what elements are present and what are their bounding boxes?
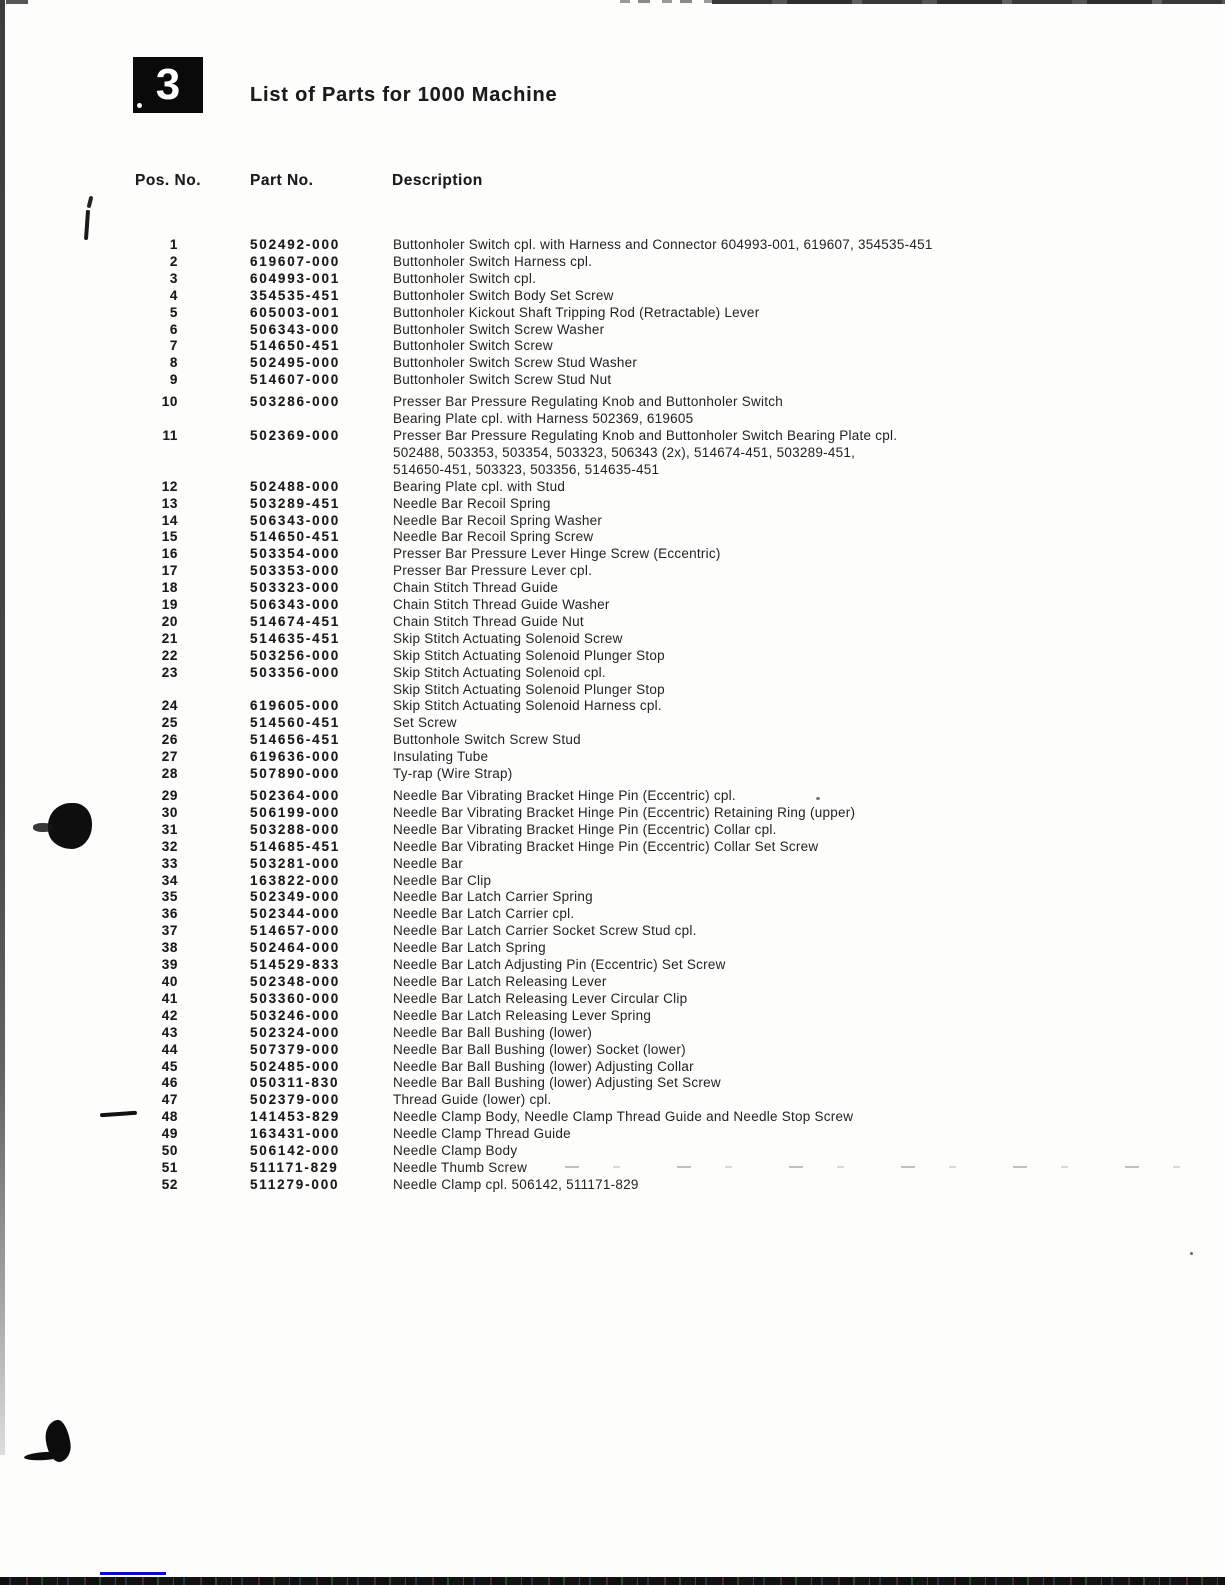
desc-cell: Buttonholer Switch Harness cpl.: [393, 254, 1225, 271]
pos-cell: 22: [120, 648, 178, 665]
part-cell: 502344-000: [250, 906, 340, 923]
desc-cell: Needle Bar Latch Adjusting Pin (Eccentri…: [393, 957, 1225, 974]
table-row: 39514529-833Needle Bar Latch Adjusting P…: [0, 957, 1225, 974]
part-cell: 502364-000: [250, 788, 340, 805]
table-row: 31503288-000Needle Bar Vibrating Bracket…: [0, 822, 1225, 839]
table-row: 42503246-000Needle Bar Latch Releasing L…: [0, 1008, 1225, 1025]
table-row: 43502324-000Needle Bar Ball Bushing (low…: [0, 1025, 1225, 1042]
scan-dot-artifact-right: [1190, 1252, 1193, 1255]
pos-cell: 15: [120, 529, 178, 546]
table-row: 40502348-000Needle Bar Latch Releasing L…: [0, 974, 1225, 991]
table-row: 13503289-451Needle Bar Recoil Spring: [0, 496, 1225, 513]
desc-line: Needle Bar Latch Adjusting Pin (Eccentri…: [393, 957, 1225, 974]
part-cell: 503246-000: [250, 1008, 340, 1025]
section-number: 3: [156, 60, 180, 110]
pos-cell: 51: [120, 1160, 178, 1177]
pos-cell: 38: [120, 940, 178, 957]
part-cell: 605003-001: [250, 305, 340, 322]
desc-line: Needle Bar Ball Bushing (lower) Adjustin…: [393, 1059, 1225, 1076]
pos-cell: 12: [120, 479, 178, 496]
desc-cell: Skip Stitch Actuating Solenoid Harness c…: [393, 698, 1225, 715]
column-header-pos: Pos. No.: [135, 172, 201, 190]
pos-cell: 21: [120, 631, 178, 648]
ink-tick-mark: [84, 210, 90, 240]
table-row: 14506343-000Needle Bar Recoil Spring Was…: [0, 513, 1225, 530]
part-cell: 503360-000: [250, 991, 340, 1008]
part-cell: 502349-000: [250, 889, 340, 906]
desc-line: Needle Bar Recoil Spring Washer: [393, 513, 1225, 530]
pos-cell: 25: [120, 715, 178, 732]
table-row: 21514635-451Skip Stitch Actuating Soleno…: [0, 631, 1225, 648]
desc-cell: Presser Bar Pressure Lever cpl.: [393, 563, 1225, 580]
desc-line: 502488, 503353, 503354, 503323, 506343 (…: [393, 445, 1225, 462]
table-row: 37514657-000Needle Bar Latch Carrier Soc…: [0, 923, 1225, 940]
desc-cell: Needle Bar Latch Spring: [393, 940, 1225, 957]
table-row: 7514650-451Buttonholer Switch Screw: [0, 338, 1225, 355]
blue-underline: [100, 1572, 166, 1575]
desc-cell: Needle Bar Latch Releasing Lever Spring: [393, 1008, 1225, 1025]
table-row: 16503354-000Presser Bar Pressure Lever H…: [0, 546, 1225, 563]
desc-cell: Needle Bar Latch Carrier cpl.: [393, 906, 1225, 923]
pos-cell: 39: [120, 957, 178, 974]
pos-cell: 35: [120, 889, 178, 906]
desc-cell: Buttonholer Switch cpl.: [393, 271, 1225, 288]
desc-line: Needle Bar Recoil Spring: [393, 496, 1225, 513]
table-row: 25514560-451Set Screw: [0, 715, 1225, 732]
desc-cell: Presser Bar Pressure Lever Hinge Screw (…: [393, 546, 1225, 563]
pos-cell: 41: [120, 991, 178, 1008]
desc-line: Skip Stitch Actuating Solenoid Plunger S…: [393, 648, 1225, 665]
desc-line: Needle Bar Latch Carrier Socket Screw St…: [393, 923, 1225, 940]
table-row: 15514650-451Needle Bar Recoil Spring Scr…: [0, 529, 1225, 546]
table-row: 26514656-451Buttonhole Switch Screw Stud: [0, 732, 1225, 749]
table-row: 18503323-000Chain Stitch Thread Guide: [0, 580, 1225, 597]
pos-cell: 5: [120, 305, 178, 322]
table-row: 23503356-000Skip Stitch Actuating Soleno…: [0, 665, 1225, 699]
desc-line: Presser Bar Pressure Lever cpl.: [393, 563, 1225, 580]
desc-cell: Buttonholer Switch Screw Washer: [393, 322, 1225, 339]
part-cell: 354535-451: [250, 288, 340, 305]
part-cell: 511171-829: [250, 1160, 339, 1177]
desc-line: Needle Bar Ball Bushing (lower): [393, 1025, 1225, 1042]
table-row: 12502488-000Bearing Plate cpl. with Stud: [0, 479, 1225, 496]
desc-line: Thread Guide (lower) cpl.: [393, 1092, 1225, 1109]
desc-cell: Insulating Tube: [393, 749, 1225, 766]
pos-cell: 14: [120, 513, 178, 530]
pos-cell: 37: [120, 923, 178, 940]
pos-cell: 31: [120, 822, 178, 839]
pos-cell: 24: [120, 698, 178, 715]
pos-cell: 33: [120, 856, 178, 873]
ink-comma-mark: [87, 196, 94, 209]
table-row: 51511171-829Needle Thumb Screw: [0, 1160, 1225, 1177]
desc-line: Presser Bar Pressure Regulating Knob and…: [393, 394, 1225, 411]
document-page: 3 List of Parts for 1000 Machine Pos. No…: [0, 0, 1225, 1585]
desc-cell: Needle Clamp Thread Guide: [393, 1126, 1225, 1143]
desc-cell: Needle Bar Ball Bushing (lower): [393, 1025, 1225, 1042]
table-row: 9514607-000Buttonholer Switch Screw Stud…: [0, 372, 1225, 389]
part-cell: 619607-000: [250, 254, 340, 271]
table-row: 1502492-000Buttonholer Switch cpl. with …: [0, 237, 1225, 254]
desc-cell: Needle Clamp Body, Needle Clamp Thread G…: [393, 1109, 1225, 1126]
pos-cell: 36: [120, 906, 178, 923]
part-cell: 514674-451: [250, 614, 340, 631]
desc-cell: Needle Bar Ball Bushing (lower) Socket (…: [393, 1042, 1225, 1059]
table-row: 17503353-000Presser Bar Pressure Lever c…: [0, 563, 1225, 580]
desc-cell: Skip Stitch Actuating Solenoid cpl.Skip …: [393, 665, 1225, 699]
desc-line: Chain Stitch Thread Guide Nut: [393, 614, 1225, 631]
scan-dash-artifacts: [565, 1166, 1220, 1168]
table-row: 52511279-000Needle Clamp cpl. 506142, 51…: [0, 1177, 1225, 1194]
pos-cell: 29: [120, 788, 178, 805]
table-row: 6506343-000Buttonholer Switch Screw Wash…: [0, 322, 1225, 339]
desc-line: Needle Bar Vibrating Bracket Hinge Pin (…: [393, 805, 1225, 822]
part-cell: 503354-000: [250, 546, 340, 563]
part-cell: 619605-000: [250, 698, 340, 715]
desc-line: Needle Bar Latch Spring: [393, 940, 1225, 957]
desc-line: Needle Bar Latch Releasing Lever: [393, 974, 1225, 991]
pos-cell: 26: [120, 732, 178, 749]
part-cell: 506199-000: [250, 805, 340, 822]
scan-top-strip: [712, 0, 1225, 4]
table-row: 5605003-001Buttonholer Kickout Shaft Tri…: [0, 305, 1225, 322]
desc-cell: Chain Stitch Thread Guide Washer: [393, 597, 1225, 614]
part-cell: 511279-000: [250, 1177, 339, 1194]
ink-blob-upper-streak: [33, 823, 53, 832]
pos-cell: 17: [120, 563, 178, 580]
table-row: 44507379-000Needle Bar Ball Bushing (low…: [0, 1042, 1225, 1059]
table-row: 2619607-000Buttonholer Switch Harness cp…: [0, 254, 1225, 271]
desc-cell: Buttonholer Switch Screw Stud Nut: [393, 372, 1225, 389]
desc-cell: Buttonholer Switch Body Set Screw: [393, 288, 1225, 305]
desc-line: Skip Stitch Actuating Solenoid Plunger S…: [393, 682, 1225, 699]
pos-cell: 32: [120, 839, 178, 856]
pos-cell: 19: [120, 597, 178, 614]
pos-cell: 2: [120, 254, 178, 271]
pos-cell: 30: [120, 805, 178, 822]
pos-cell: 46: [120, 1075, 178, 1092]
scan-top-left-mark: [6, 0, 28, 4]
desc-line: Buttonholer Kickout Shaft Tripping Rod (…: [393, 305, 1225, 322]
part-cell: 604993-001: [250, 271, 340, 288]
pos-cell: 44: [120, 1042, 178, 1059]
pos-cell: 47: [120, 1092, 178, 1109]
desc-cell: Needle Bar Latch Carrier Socket Screw St…: [393, 923, 1225, 940]
column-header-desc: Description: [392, 172, 483, 190]
desc-cell: Needle Thumb Screw: [393, 1160, 1225, 1177]
pos-cell: 50: [120, 1143, 178, 1160]
desc-line: Buttonholer Switch cpl.: [393, 271, 1225, 288]
column-header-part: Part No.: [250, 172, 313, 190]
pos-cell: 27: [120, 749, 178, 766]
pos-cell: 4: [120, 288, 178, 305]
part-cell: 506343-000: [250, 597, 340, 614]
table-row: 46050311-830Needle Bar Ball Bushing (low…: [0, 1075, 1225, 1092]
desc-line: Bearing Plate cpl. with Stud: [393, 479, 1225, 496]
section-number-box: 3: [133, 57, 203, 113]
desc-cell: Needle Bar Vibrating Bracket Hinge Pin (…: [393, 788, 1225, 805]
desc-cell: Set Screw: [393, 715, 1225, 732]
table-row: 10503286-000Presser Bar Pressure Regulat…: [0, 394, 1225, 428]
desc-line: Buttonholer Switch Screw Washer: [393, 322, 1225, 339]
desc-line: 514650-451, 503323, 503356, 514635-451: [393, 462, 1225, 479]
pos-cell: 9: [120, 372, 178, 389]
part-cell: 514635-451: [250, 631, 340, 648]
pos-cell: 18: [120, 580, 178, 597]
scan-edge-bar: [0, 0, 5, 1455]
table-row: 27619636-000Insulating Tube: [0, 749, 1225, 766]
pos-cell: 43: [120, 1025, 178, 1042]
table-row: 45502485-000Needle Bar Ball Bushing (low…: [0, 1059, 1225, 1076]
part-cell: 514560-451: [250, 715, 340, 732]
desc-cell: Ty-rap (Wire Strap): [393, 766, 1225, 783]
desc-cell: Needle Bar Recoil Spring Screw: [393, 529, 1225, 546]
desc-cell: Buttonholer Switch cpl. with Harness and…: [393, 237, 1225, 254]
table-row: 4354535-451Buttonholer Switch Body Set S…: [0, 288, 1225, 305]
page-title: List of Parts for 1000 Machine: [250, 84, 557, 107]
desc-line: Needle Bar Vibrating Bracket Hinge Pin (…: [393, 822, 1225, 839]
pos-cell: 3: [120, 271, 178, 288]
section-box-notch: [137, 103, 142, 108]
desc-cell: Presser Bar Pressure Regulating Knob and…: [393, 428, 1225, 479]
pos-cell: 16: [120, 546, 178, 563]
part-cell: 507379-000: [250, 1042, 340, 1059]
desc-cell: Needle Bar Ball Bushing (lower) Adjustin…: [393, 1059, 1225, 1076]
part-cell: 503288-000: [250, 822, 340, 839]
desc-cell: Buttonhole Switch Screw Stud: [393, 732, 1225, 749]
desc-cell: Needle Bar Latch Releasing Lever: [393, 974, 1225, 991]
desc-cell: Needle Bar Clip: [393, 873, 1225, 890]
desc-line: Needle Bar Latch Carrier Spring: [393, 889, 1225, 906]
desc-line: Needle Thumb Screw: [393, 1160, 1225, 1177]
desc-cell: Needle Bar Latch Releasing Lever Circula…: [393, 991, 1225, 1008]
part-cell: 050311-830: [250, 1075, 339, 1092]
pos-cell: 7: [120, 338, 178, 355]
part-cell: 507890-000: [250, 766, 340, 783]
pos-cell: 20: [120, 614, 178, 631]
desc-cell: Buttonholer Kickout Shaft Tripping Rod (…: [393, 305, 1225, 322]
pos-cell: 11: [120, 428, 178, 445]
table-row: 20514674-451Chain Stitch Thread Guide Nu…: [0, 614, 1225, 631]
desc-cell: Needle Bar Vibrating Bracket Hinge Pin (…: [393, 822, 1225, 839]
desc-line: Buttonhole Switch Screw Stud: [393, 732, 1225, 749]
desc-cell: Needle Bar: [393, 856, 1225, 873]
table-row: 50506142-000Needle Clamp Body: [0, 1143, 1225, 1160]
desc-cell: Needle Bar Vibrating Bracket Hinge Pin (…: [393, 805, 1225, 822]
table-row: 38502464-000Needle Bar Latch Spring: [0, 940, 1225, 957]
desc-line: Chain Stitch Thread Guide Washer: [393, 597, 1225, 614]
part-cell: 514685-451: [250, 839, 340, 856]
scan-bottom-noise-strip: [0, 1577, 1225, 1585]
part-cell: 163822-000: [250, 873, 340, 890]
table-row: 49163431-000Needle Clamp Thread Guide: [0, 1126, 1225, 1143]
desc-line: Insulating Tube: [393, 749, 1225, 766]
desc-line: Needle Clamp Body, Needle Clamp Thread G…: [393, 1109, 1225, 1126]
scan-dot-artifact: [816, 797, 820, 800]
table-row: 8502495-000Buttonholer Switch Screw Stud…: [0, 355, 1225, 372]
desc-line: Buttonholer Switch cpl. with Harness and…: [393, 237, 1225, 254]
desc-line: Buttonholer Switch Screw Stud Washer: [393, 355, 1225, 372]
part-cell: 502348-000: [250, 974, 340, 991]
table-row: 19506343-000Chain Stitch Thread Guide Wa…: [0, 597, 1225, 614]
desc-line: Needle Bar Recoil Spring Screw: [393, 529, 1225, 546]
desc-line: Skip Stitch Actuating Solenoid Screw: [393, 631, 1225, 648]
desc-line: Needle Bar Latch Releasing Lever Circula…: [393, 991, 1225, 1008]
desc-cell: Bearing Plate cpl. with Stud: [393, 479, 1225, 496]
part-cell: 502324-000: [250, 1025, 340, 1042]
desc-line: Skip Stitch Actuating Solenoid cpl.: [393, 665, 1225, 682]
desc-line: Bearing Plate cpl. with Harness 502369, …: [393, 411, 1225, 428]
parts-table-rows: 1502492-000Buttonholer Switch cpl. with …: [0, 237, 1225, 1194]
desc-cell: Needle Bar Recoil Spring: [393, 496, 1225, 513]
desc-cell: Buttonholer Switch Screw Stud Washer: [393, 355, 1225, 372]
part-cell: 502485-000: [250, 1059, 340, 1076]
pos-cell: 45: [120, 1059, 178, 1076]
part-cell: 503289-451: [250, 496, 340, 513]
desc-cell: Needle Bar Ball Bushing (lower) Adjustin…: [393, 1075, 1225, 1092]
part-cell: 503356-000: [250, 665, 340, 682]
table-row: 36502344-000Needle Bar Latch Carrier cpl…: [0, 906, 1225, 923]
part-cell: 163431-000: [250, 1126, 340, 1143]
desc-line: Skip Stitch Actuating Solenoid Harness c…: [393, 698, 1225, 715]
pos-cell: 23: [120, 665, 178, 682]
table-row: 11502369-000Presser Bar Pressure Regulat…: [0, 428, 1225, 479]
part-cell: 502369-000: [250, 428, 340, 445]
desc-line: Needle Bar Vibrating Bracket Hinge Pin (…: [393, 788, 1225, 805]
table-row: 47502379-000Thread Guide (lower) cpl.: [0, 1092, 1225, 1109]
desc-line: Needle Bar: [393, 856, 1225, 873]
desc-cell: Skip Stitch Actuating Solenoid Screw: [393, 631, 1225, 648]
pos-cell: 10: [120, 394, 178, 411]
desc-line: Needle Clamp cpl. 506142, 511171-829: [393, 1177, 1225, 1194]
part-cell: 514650-451: [250, 338, 340, 355]
table-row: 48141453-829Needle Clamp Body, Needle Cl…: [0, 1109, 1225, 1126]
part-cell: 514529-833: [250, 957, 340, 974]
desc-cell: Needle Bar Recoil Spring Washer: [393, 513, 1225, 530]
pos-cell: 1: [120, 237, 178, 254]
desc-cell: Needle Bar Latch Carrier Spring: [393, 889, 1225, 906]
desc-line: Chain Stitch Thread Guide: [393, 580, 1225, 597]
part-cell: 502379-000: [250, 1092, 340, 1109]
desc-line: Presser Bar Pressure Regulating Knob and…: [393, 428, 1225, 445]
pos-cell: 40: [120, 974, 178, 991]
desc-line: Buttonholer Switch Screw Stud Nut: [393, 372, 1225, 389]
scan-top-strip-faint: [620, 0, 720, 3]
part-cell: 141453-829: [250, 1109, 340, 1126]
table-row: 29502364-000Needle Bar Vibrating Bracket…: [0, 788, 1225, 805]
desc-line: Set Screw: [393, 715, 1225, 732]
pos-cell: 52: [120, 1177, 178, 1194]
desc-line: Needle Clamp Thread Guide: [393, 1126, 1225, 1143]
part-cell: 502488-000: [250, 479, 340, 496]
desc-line: Buttonholer Switch Harness cpl.: [393, 254, 1225, 271]
pos-cell: 28: [120, 766, 178, 783]
part-cell: 502492-000: [250, 237, 340, 254]
table-row: 32514685-451Needle Bar Vibrating Bracket…: [0, 839, 1225, 856]
part-cell: 514656-451: [250, 732, 340, 749]
desc-line: Buttonholer Switch Screw: [393, 338, 1225, 355]
desc-line: Needle Bar Clip: [393, 873, 1225, 890]
table-row: 30506199-000Needle Bar Vibrating Bracket…: [0, 805, 1225, 822]
desc-cell: Presser Bar Pressure Regulating Knob and…: [393, 394, 1225, 428]
table-row: 34163822-000Needle Bar Clip: [0, 873, 1225, 890]
desc-line: Presser Bar Pressure Lever Hinge Screw (…: [393, 546, 1225, 563]
pos-cell: 6: [120, 322, 178, 339]
part-cell: 514607-000: [250, 372, 340, 389]
desc-line: Needle Bar Latch Carrier cpl.: [393, 906, 1225, 923]
ink-blob-upper: [48, 803, 92, 849]
desc-line: Ty-rap (Wire Strap): [393, 766, 1225, 783]
part-cell: 502495-000: [250, 355, 340, 372]
desc-line: Needle Clamp Body: [393, 1143, 1225, 1160]
desc-line: Needle Bar Ball Bushing (lower) Socket (…: [393, 1042, 1225, 1059]
desc-cell: Needle Clamp cpl. 506142, 511171-829: [393, 1177, 1225, 1194]
part-cell: 503281-000: [250, 856, 340, 873]
part-cell: 506142-000: [250, 1143, 340, 1160]
part-cell: 503353-000: [250, 563, 340, 580]
desc-cell: Thread Guide (lower) cpl.: [393, 1092, 1225, 1109]
part-cell: 514657-000: [250, 923, 340, 940]
pos-cell: 42: [120, 1008, 178, 1025]
desc-cell: Needle Clamp Body: [393, 1143, 1225, 1160]
part-cell: 503286-000: [250, 394, 340, 411]
pos-cell: 49: [120, 1126, 178, 1143]
desc-cell: Chain Stitch Thread Guide: [393, 580, 1225, 597]
desc-line: Needle Bar Vibrating Bracket Hinge Pin (…: [393, 839, 1225, 856]
table-row: 41503360-000Needle Bar Latch Releasing L…: [0, 991, 1225, 1008]
part-cell: 506343-000: [250, 322, 340, 339]
desc-cell: Buttonholer Switch Screw: [393, 338, 1225, 355]
part-cell: 503323-000: [250, 580, 340, 597]
part-cell: 503256-000: [250, 648, 340, 665]
part-cell: 506343-000: [250, 513, 340, 530]
part-cell: 619636-000: [250, 749, 340, 766]
table-row: 22503256-000Skip Stitch Actuating Soleno…: [0, 648, 1225, 665]
desc-cell: Skip Stitch Actuating Solenoid Plunger S…: [393, 648, 1225, 665]
pos-cell: 34: [120, 873, 178, 890]
pos-cell: 13: [120, 496, 178, 513]
desc-line: Needle Bar Latch Releasing Lever Spring: [393, 1008, 1225, 1025]
part-cell: 514650-451: [250, 529, 340, 546]
table-row: 28507890-000Ty-rap (Wire Strap): [0, 766, 1225, 783]
desc-line: Buttonholer Switch Body Set Screw: [393, 288, 1225, 305]
part-cell: 502464-000: [250, 940, 340, 957]
desc-cell: Needle Bar Vibrating Bracket Hinge Pin (…: [393, 839, 1225, 856]
desc-line: Needle Bar Ball Bushing (lower) Adjustin…: [393, 1075, 1225, 1092]
table-row: 24619605-000Skip Stitch Actuating Soleno…: [0, 698, 1225, 715]
desc-cell: Chain Stitch Thread Guide Nut: [393, 614, 1225, 631]
pos-cell: 8: [120, 355, 178, 372]
table-row: 3604993-001Buttonholer Switch cpl.: [0, 271, 1225, 288]
table-row: 33503281-000Needle Bar: [0, 856, 1225, 873]
table-row: 35502349-000Needle Bar Latch Carrier Spr…: [0, 889, 1225, 906]
